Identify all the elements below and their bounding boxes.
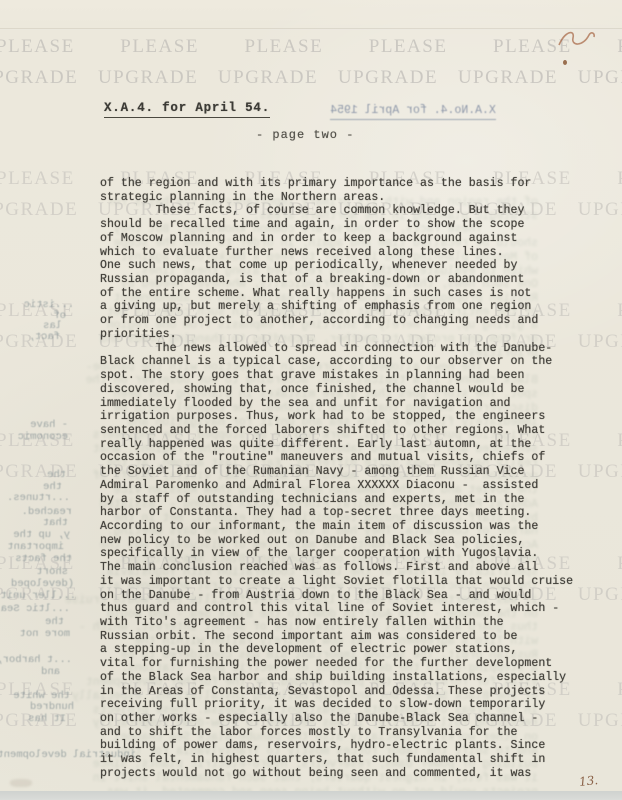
watermark-word: PLEASE (617, 36, 622, 58)
watermark-word: UPGRADE (578, 461, 622, 483)
bleedthrough-fragment: the (2, 616, 64, 628)
watermark-word: PLEASE (369, 36, 448, 58)
watermark-word: PLEASE (617, 679, 622, 701)
watermark-word: UPGRADE (98, 67, 198, 89)
watermark-word: PLEASE (0, 168, 75, 190)
bleedthrough-fragment: the facts (2, 553, 72, 565)
bleedthrough-fragment: fact, (2, 331, 60, 343)
bleedthrough-fragment: that (2, 517, 68, 529)
bleedthrough-fragment: (developed (2, 578, 74, 590)
watermark-word: PLEASE (617, 430, 622, 452)
bleedthrough-fragment: ...ller units. (2, 590, 76, 602)
watermark-word: PLEASE (0, 36, 75, 58)
watermark-word: UPGRADE (578, 331, 622, 353)
watermark-row-please: PLEASEPLEASEPLEASEPLEASEPLEASEPLEASE (0, 36, 622, 58)
bleedthrough-fragment: ...t harbor, (2, 654, 72, 666)
bleedthrough-fragment: the (2, 469, 66, 481)
pencil-scribble-mark (556, 27, 598, 51)
watermark-word: UPGRADE (578, 584, 622, 606)
paper-crease (0, 28, 622, 30)
watermark-word: UPGRADE (578, 67, 622, 89)
page-subtitle: - page two - (256, 128, 354, 142)
bleedthrough-fragment: y, up the (2, 529, 70, 541)
bleedthrough-fragment: It has (2, 713, 66, 725)
bleedthrough-fragment: important (2, 541, 64, 553)
typewritten-body-text: of the region and with its primary impor… (100, 177, 573, 781)
watermark-word: UPGRADE (458, 67, 558, 89)
watermark-word: UPGRADE (578, 199, 622, 221)
watermark-word: PLEASE (617, 168, 622, 190)
watermark-word: UPGRADE (218, 67, 318, 89)
document-title-mirror-bleedthrough: X.A.No.4. for April 1954 (330, 104, 496, 120)
bleedthrough-fragment: economic (2, 431, 68, 443)
watermark-word: PLEASE (120, 36, 199, 58)
watermark-word: PLEASE (245, 36, 324, 58)
ink-dot-mark (563, 60, 567, 65)
watermark-word: PLEASE (617, 300, 622, 322)
bleedthrough-fragment: and (2, 666, 60, 678)
corner-smudge (10, 779, 32, 787)
bleedthrough-fragment: ...ltic Sea: (2, 603, 70, 615)
bleedthrough-fragment: more not (2, 628, 70, 640)
bleedthrough-fragment: - have (2, 419, 68, 431)
handwritten-page-number: 13. (578, 773, 598, 789)
scan-edge-strip (0, 791, 622, 800)
bleedthrough-fragment: ...rtunes. (2, 492, 70, 504)
watermark-word: PLEASE (617, 553, 622, 575)
watermark-row-upgrade: UPGRADEUPGRADEUPGRADEUPGRADEUPGRADEUPGRA… (0, 67, 622, 89)
document-title: X.A.4. for April 54. (104, 101, 270, 118)
bleedthrough-fragment: hundred (2, 701, 74, 713)
scanned-document-page: PLEASEPLEASEPLEASEPLEASEPLEASEPLEASEUPGR… (0, 0, 622, 800)
watermark-word: UPGRADE (0, 67, 78, 89)
watermark-word: UPGRADE (338, 67, 438, 89)
bleedthrough-fragment: short (2, 566, 68, 578)
watermark-word: UPGRADE (578, 710, 622, 732)
